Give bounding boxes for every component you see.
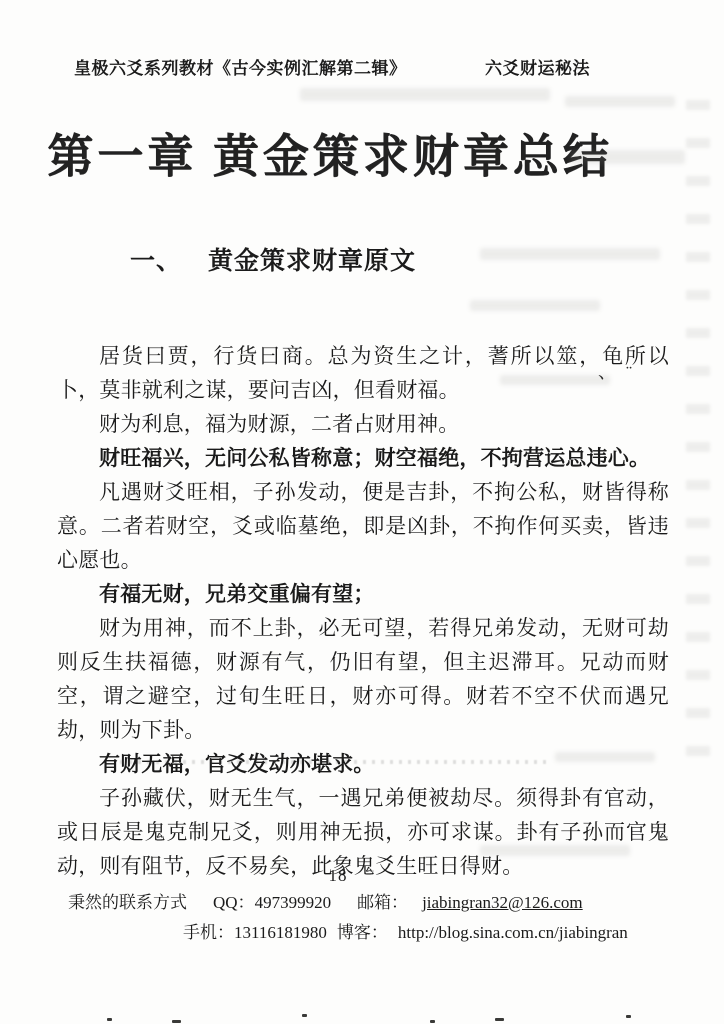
paragraph: 凡遇财爻旺相，子孙发动，便是吉卦，不拘公私，财皆得称意。二者若财空，爻或临墓绝，…: [57, 475, 669, 577]
scan-artifact: [565, 96, 675, 107]
blog-value: http://blog.sina.com.cn/jiabingran: [398, 923, 628, 942]
section-heading: 一、黄金策求财章原文: [130, 241, 416, 277]
scan-speck: [172, 1020, 181, 1023]
chapter-title: 第一章 黄金策求财章总结: [0, 120, 660, 186]
contact-label: 秉然的联系方式: [68, 893, 187, 912]
scan-artifact: [480, 845, 630, 856]
paragraph: 财为用神，而不上卦，必无可望，若得兄弟发动，无财可劫则反生扶福德，财源有气，仍旧…: [57, 611, 669, 747]
scan-artifact: [480, 248, 660, 260]
header-book-title: 六爻财运秘法: [485, 54, 590, 79]
scan-bleed-column: [686, 100, 710, 770]
paragraph: 居货曰贾，行货曰商。总为资生之计，蓍所以筮，龟所以卜，莫非就利之谋，要问吉凶，但…: [57, 339, 669, 407]
section-title: 黄金策求财章原文: [208, 248, 416, 275]
scan-artifact: [555, 752, 655, 762]
scan-artifact: [470, 300, 600, 311]
paragraph: 有福无财，兄弟交重偏有望；: [57, 577, 669, 611]
phone-value: 13116181980: [234, 923, 327, 942]
email-label: 邮箱：: [357, 893, 408, 912]
scan-dotted-line: [120, 760, 550, 764]
header-series-title: 皇极六爻系列教材《古今实例汇解第二辑》: [74, 54, 407, 79]
qq-value: 497399920: [255, 893, 332, 912]
scan-speck: [495, 1018, 504, 1021]
scan-speck: [430, 1020, 435, 1023]
body-paragraphs: 居货曰贾，行货曰商。总为资生之计，蓍所以筮，龟所以卜，莫非就利之谋，要问吉凶，但…: [57, 339, 669, 883]
scan-artifact: [570, 150, 685, 164]
scan-artifact: [500, 375, 610, 385]
paragraph: 财为利息，福为财源，二者占财用神。: [57, 407, 669, 441]
phone-label: 手机：: [183, 923, 234, 942]
paragraph: 财旺福兴，无问公私皆称意；财空福绝，不拘营运总违心。: [57, 441, 669, 475]
blog-label: 博客：: [337, 923, 388, 942]
footer-contact-line2: 手机：13116181980博客：http://blog.sina.com.cn…: [183, 918, 628, 943]
scan-artifact: [300, 88, 550, 101]
scan-speck: [107, 1018, 112, 1021]
email-value: jiabingran32@126.com: [422, 893, 583, 912]
scan-speck: [302, 1014, 307, 1017]
footer-contact-line1: 秉然的联系方式QQ：497399920邮箱：jiabingran32@126.c…: [68, 888, 583, 913]
page-number: 18: [0, 866, 676, 886]
scan-stray-marks: 、¨: [598, 358, 642, 384]
qq-label: QQ：: [213, 893, 255, 912]
section-number: 一、: [130, 248, 182, 275]
scan-speck: [626, 1015, 631, 1018]
scanned-book-page: 皇极六爻系列教材《古今实例汇解第二辑》 六爻财运秘法 第一章 黄金策求财章总结 …: [0, 0, 724, 1024]
